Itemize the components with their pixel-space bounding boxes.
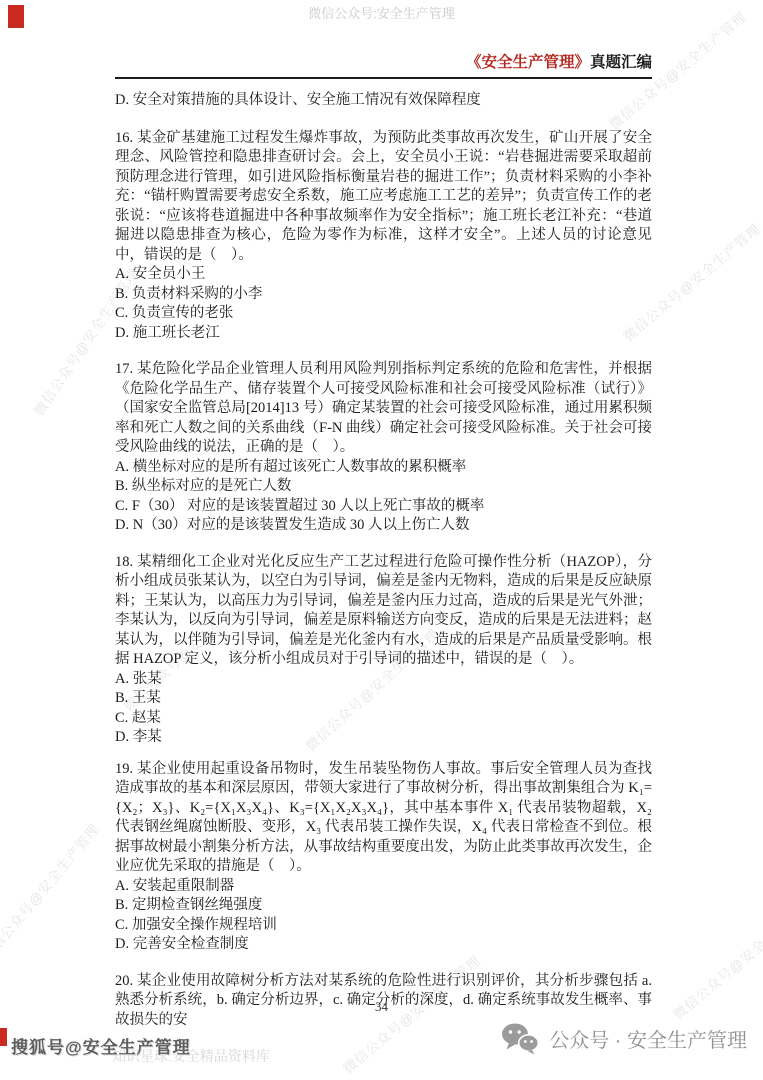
option-b: B. 纵坐标对应的是死亡人数 bbox=[115, 477, 652, 497]
document-content: 《安全生产管理》真题汇编 D. 安全对策措施的具体设计、安全施工情况有效保障程度… bbox=[115, 50, 652, 1030]
option-c: C. 负责宣传的老张 bbox=[115, 304, 652, 324]
option-b: B. 定期检查钢丝绳强度 bbox=[115, 896, 652, 916]
question-stem: 19. 某企业使用起重设备吊物时，发生吊装坠物伤人事故。事后安全管理人员为查找造… bbox=[115, 760, 652, 877]
watermark-top: 微信公众号:安全生产管理 bbox=[0, 3, 763, 22]
question-stem: 18. 某精细化工企业对光化反应生产工艺过程进行危险可操作性分析（HAZOP），… bbox=[115, 553, 652, 670]
option-a: A. 安全员小王 bbox=[115, 265, 652, 285]
sohu-logo-icon bbox=[0, 1028, 7, 1046]
option-c: C. 加强安全操作规程培训 bbox=[115, 916, 652, 936]
sohu-logo-icon bbox=[8, 5, 24, 28]
document-page: 微信公众号:安全生产管理 微信公众号@安全生产管理 微信公众号@安全生产管理 微… bbox=[0, 0, 763, 1080]
page-header: 《安全生产管理》真题汇编 bbox=[115, 50, 652, 79]
sohu-account-label: 搜狐号@安全生产管理 bbox=[11, 1033, 191, 1058]
wechat-account-banner: 公众号 · 安全生产管理 bbox=[501, 1022, 747, 1055]
option-a: A. 横坐标对应的是所有超过该死亡人数事故的累积概率 bbox=[115, 458, 652, 478]
option-d: D. 施工班长老江 bbox=[115, 324, 652, 344]
option-a: A. 安装起重限制器 bbox=[115, 877, 652, 897]
watermark-diagonal: 微信公众号@安全生产管理 bbox=[0, 819, 103, 965]
option-c: C. F（30） 对应的是该装置超过 30 人以上死亡事故的概率 bbox=[115, 497, 652, 517]
question-18: 18. 某精细化工企业对光化反应生产工艺过程进行危险可操作性分析（HAZOP），… bbox=[115, 553, 652, 748]
header-book-title: 《安全生产管理》 bbox=[466, 54, 590, 71]
question-stem: 16. 某金矿基建施工过程发生爆炸事故，为预防此类事故再次发生，矿山开展了安全理… bbox=[115, 129, 652, 266]
option-a: A. 张某 bbox=[115, 670, 652, 690]
page-number: 34 bbox=[0, 999, 763, 1015]
question-19: 19. 某企业使用起重设备吊物时，发生吊装坠物伤人事故。事后安全管理人员为查找造… bbox=[115, 760, 652, 955]
header-subtitle: 真题汇编 bbox=[590, 54, 652, 71]
question-16: 16. 某金矿基建施工过程发生爆炸事故，为预防此类事故再次发生，矿山开展了安全理… bbox=[115, 129, 652, 344]
option-c: C. 赵某 bbox=[115, 709, 652, 729]
option-d: D. 李某 bbox=[115, 728, 652, 748]
question-17: 17. 某危险化学品企业管理人员利用风险判别指标判定系统的危险和危害性，并根据《… bbox=[115, 360, 652, 536]
wechat-account-label: 公众号 · 安全生产管理 bbox=[549, 1024, 747, 1053]
question-stem: 17. 某危险化学品企业管理人员利用风险判别指标判定系统的危险和危害性，并根据《… bbox=[115, 360, 652, 458]
option-b: B. 负责材料采购的小李 bbox=[115, 285, 652, 305]
option-d: D. N（30）对应的是该装置发生造成 30 人以上伤亡人数 bbox=[115, 516, 652, 536]
carryover-option-d: D. 安全对策措施的具体设计、安全施工情况有效保障程度 bbox=[115, 91, 652, 111]
option-b: B. 王某 bbox=[115, 689, 652, 709]
wechat-logo-icon bbox=[501, 1022, 539, 1055]
option-d: D. 完善安全检查制度 bbox=[115, 935, 652, 955]
